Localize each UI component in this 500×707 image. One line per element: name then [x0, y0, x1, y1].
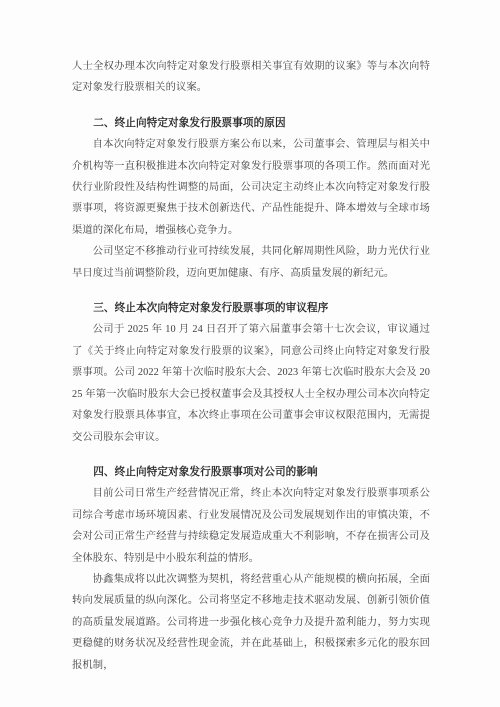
paragraph-continuation: 人士全权办理本次向特定对象发行股票相关事宜有效期的议案》等与本次向特定对象发行股… — [72, 56, 430, 99]
paragraph: 自本次向特定对象发行股票方案公布以来，公司董事会、管理层与相关中介机构等一直积极… — [72, 134, 430, 241]
section-heading: 二、终止向特定对象发行股票事项的原因 — [72, 113, 430, 134]
section-heading: 四、终止向特定对象发行股票事项对公司的影响 — [72, 462, 430, 483]
section-heading: 三、终止本次向特定对象发行股票事项的审议程序 — [72, 298, 430, 319]
paragraph: 公司坚定不移推动行业可持续发展，共同化解周期性风险，助力光伏行业早日度过当前调整… — [72, 241, 430, 284]
document-page: 人士全权办理本次向特定对象发行股票相关事宜有效期的议案》等与本次向特定对象发行股… — [0, 0, 500, 707]
paragraph: 目前公司日常生产经营情况正常，终止本次向特定对象发行股票事项系公司综合考虑市场环… — [72, 483, 430, 569]
document-content: 人士全权办理本次向特定对象发行股票相关事宜有效期的议案》等与本次向特定对象发行股… — [0, 0, 500, 676]
paragraph: 协鑫集成将以此次调整为契机，将经营重心从产能规模的横向拓展，全面转向发展质量的纵… — [72, 569, 430, 676]
paragraph: 公司于 2025 年 10 月 24 日召开了第六届董事会第十七次会议，审议通过… — [72, 319, 430, 447]
